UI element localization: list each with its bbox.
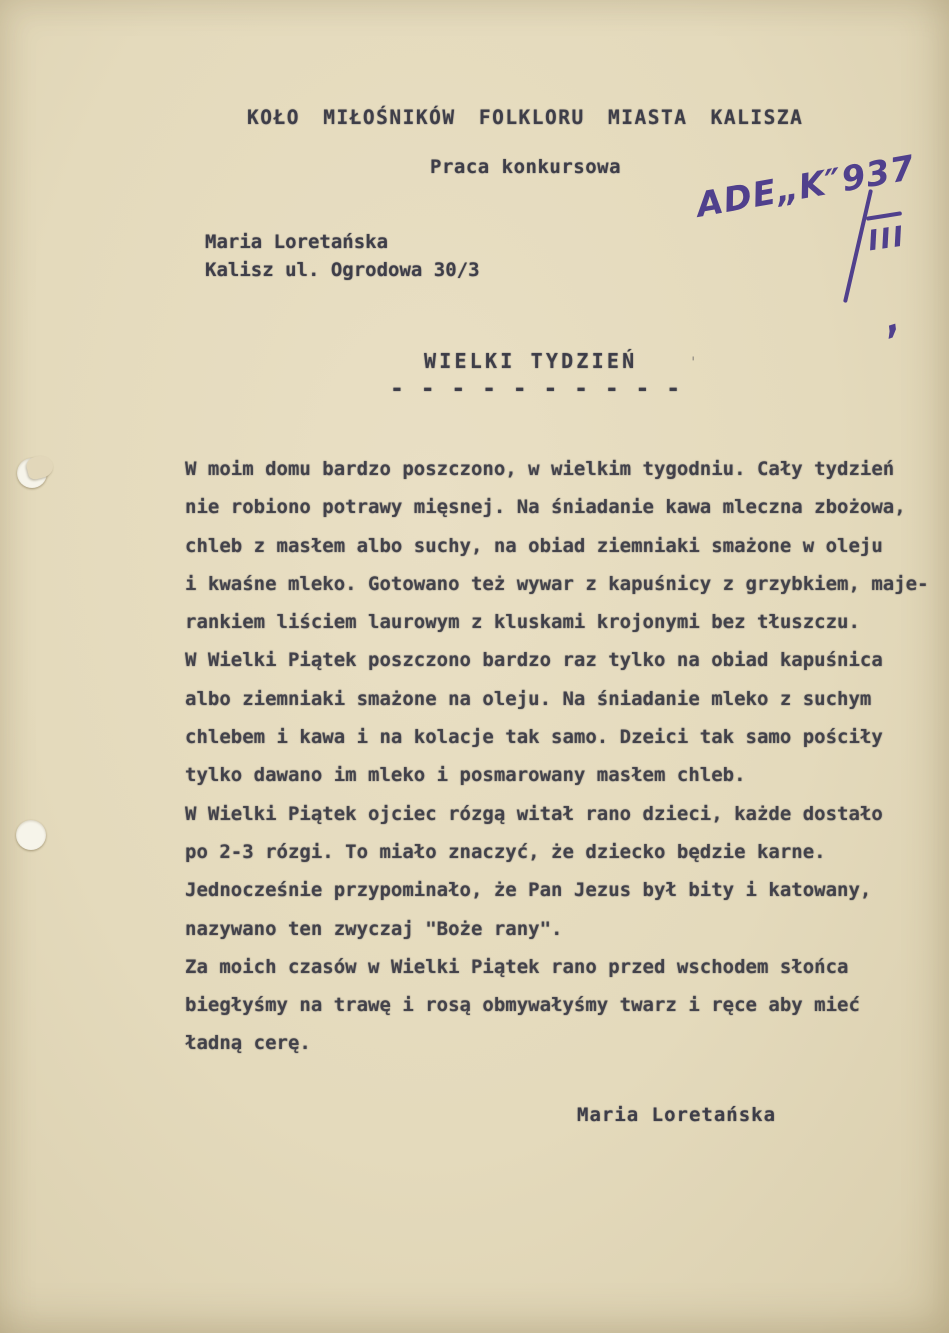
body-line: nazywano ten zwyczaj "Boże rany". [185, 918, 929, 956]
archival-number-denominator: III [866, 220, 907, 258]
title-dashed-underline: - - - - - - - - - - [390, 376, 679, 402]
author-name: Maria Loretańska [205, 231, 388, 253]
body-line: Za moich czasów w Wielki Piątek rano prz… [185, 956, 929, 994]
punch-hole-bottom [16, 820, 46, 850]
punch-hole-top [17, 458, 47, 488]
body-line: W moim domu bardzo poszczono, w wielkim … [185, 458, 929, 496]
body-line: chleb z masłem albo suchy, na obiad ziem… [185, 535, 929, 573]
body-line: i kwaśne mleko. Gotowano też wywar z kap… [185, 573, 929, 611]
body-line: albo ziemniaki smażone na oleju. Na śnia… [185, 688, 929, 726]
body-line: W Wielki Piątek ojciec rózgą witał rano … [185, 803, 929, 841]
punch-hole-flap [25, 453, 56, 481]
body-line: biegłyśmy na trawę i rosą obmywałyśmy tw… [185, 994, 929, 1032]
body-line: po 2-3 rózgi. To miało znaczyć, że dziec… [185, 841, 929, 879]
body-line: Jednocześnie przypominało, że Pan Jezus … [185, 879, 929, 917]
signature-name: Maria Loretańska [577, 1104, 776, 1126]
archival-number-flourish: ‚ [877, 295, 906, 343]
body-line: chlebem i kawa i na kolacje tak samo. Dz… [185, 726, 929, 764]
document-subtitle: Praca konkursowa [430, 156, 621, 178]
body-line: W Wielki Piątek poszczono bardzo raz tyl… [185, 649, 929, 687]
body-line: rankiem liściem laurowym z kluskami kroj… [185, 611, 929, 649]
organization-title: KOŁO MIŁOŚNIKÓW FOLKLORU MIASTA KALISZA [247, 106, 803, 129]
body-line: ładną cerę. [185, 1032, 929, 1070]
body-line: nie robiono potrawy mięsnej. Na śniadani… [185, 496, 929, 534]
author-address: Kalisz ul. Ogrodowa 30/3 [205, 259, 480, 281]
document-title: WIELKI TYDZIEŃ [424, 349, 637, 373]
paper-speck: ' [689, 355, 697, 371]
body-line: tylko dawano im mleko i posmarowany masł… [185, 764, 929, 802]
body-paragraph: W moim domu bardzo poszczono, w wielkim … [185, 458, 929, 1071]
paper-page: KOŁO MIŁOŚNIKÓW FOLKLORU MIASTA KALISZA … [0, 0, 949, 1333]
